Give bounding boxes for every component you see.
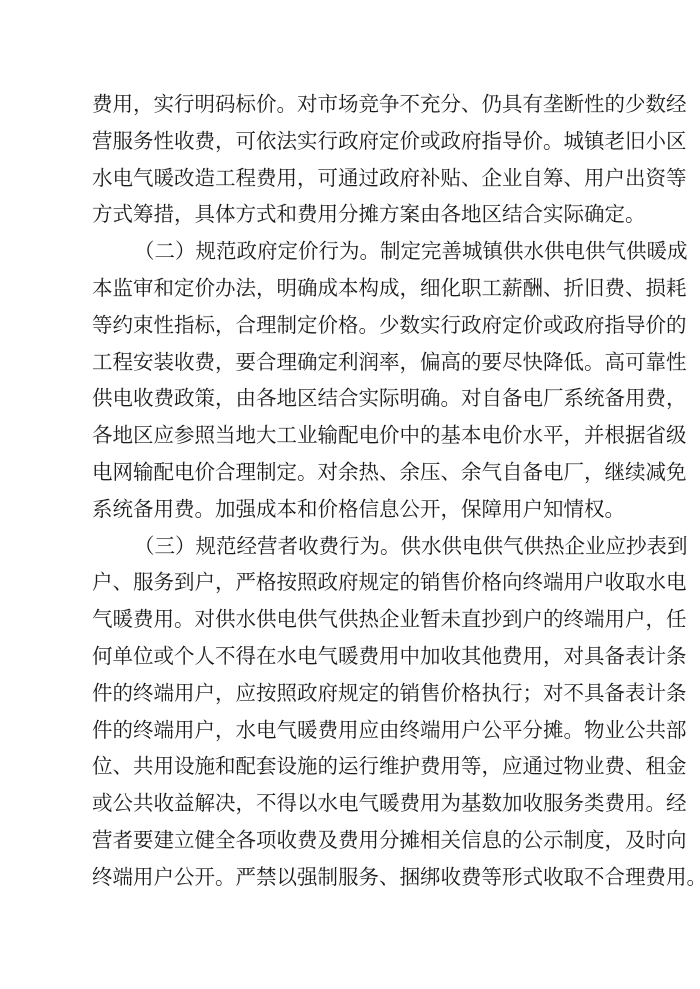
- text-line: 或公共收益解决，不得以水电气暖费用为基数加收服务类费用。经: [92, 785, 596, 822]
- text-line: 件的终端用户，应按照政府规定的销售价格执行；对不具备表计条: [92, 675, 596, 712]
- text-line: 系统备用费。加强成本和价格信息公开，保障用户知情权。: [92, 491, 596, 528]
- text-line: 件的终端用户，水电气暖费用应由终端用户公平分摊。物业公共部: [92, 712, 596, 749]
- text-line: 营服务性收费，可依法实行政府定价或政府指导价。城镇老旧小区: [92, 123, 596, 160]
- section-heading: （三）规范经营者收费行为。: [134, 534, 401, 558]
- text-line-first: （二）规范政府定价行为。制定完善城镇供水供电供气供暖成: [92, 233, 596, 270]
- text-line: 等约束性指标，合理制定价格。少数实行政府定价或政府指导价的: [92, 307, 596, 344]
- text-line: 方式筹措，具体方式和费用分摊方案由各地区结合实际确定。: [92, 196, 596, 233]
- text-line: 户、服务到户，严格按照政府规定的销售价格向终端用户收取水电: [92, 564, 596, 601]
- document-page: 费用，实行明码标价。对市场竞争不充分、仍具有垄断性的少数经 营服务性收费，可依法…: [92, 86, 596, 896]
- paragraph-section-3: （三）规范经营者收费行为。供水供电供气供热企业应抄表到 户、服务到户，严格按照政…: [92, 528, 596, 896]
- text-line: 位、共用设施和配套设施的运行维护费用等，应通过物业费、租金: [92, 748, 596, 785]
- text-line: 工程安装收费，要合理确定利润率，偏高的要尽快降低。高可靠性: [92, 344, 596, 381]
- text-line: 本监审和定价办法，明确成本构成，细化职工薪酬、折旧费、损耗: [92, 270, 596, 307]
- text-line: 气暖费用。对供水供电供气供热企业暂未直抄到户的终端用户，任: [92, 601, 596, 638]
- paragraph-section-2: （二）规范政府定价行为。制定完善城镇供水供电供气供暖成 本监审和定价办法，明确成…: [92, 233, 596, 527]
- paragraph-continuation: 费用，实行明码标价。对市场竞争不充分、仍具有垄断性的少数经 营服务性收费，可依法…: [92, 86, 596, 233]
- section-heading: （二）规范政府定价行为。: [134, 239, 380, 263]
- text-line-first: （三）规范经营者收费行为。供水供电供气供热企业应抄表到: [92, 528, 596, 565]
- text-run: 供水供电供气供热企业应抄表到: [401, 534, 688, 558]
- text-line: 水电气暖改造工程费用，可通过政府补贴、企业自筹、用户出资等: [92, 160, 596, 197]
- text-line: 供电收费政策，由各地区结合实际明确。对自备电厂系统备用费，: [92, 380, 596, 417]
- text-line: 电网输配电价合理制定。对余热、余压、余气自备电厂，继续减免: [92, 454, 596, 491]
- text-line: 营者要建立健全各项收费及费用分摊相关信息的公示制度，及时向: [92, 822, 596, 859]
- text-line: 终端用户公开。严禁以强制服务、捆绑收费等形式收取不合理费用。: [92, 859, 596, 896]
- text-line: 各地区应参照当地大工业输配电价中的基本电价水平，并根据省级: [92, 417, 596, 454]
- text-line: 费用，实行明码标价。对市场竞争不充分、仍具有垄断性的少数经: [92, 86, 596, 123]
- text-line: 何单位或个人不得在水电气暖费用中加收其他费用，对具备表计条: [92, 638, 596, 675]
- text-run: 制定完善城镇供水供电供气供暖成: [380, 239, 688, 263]
